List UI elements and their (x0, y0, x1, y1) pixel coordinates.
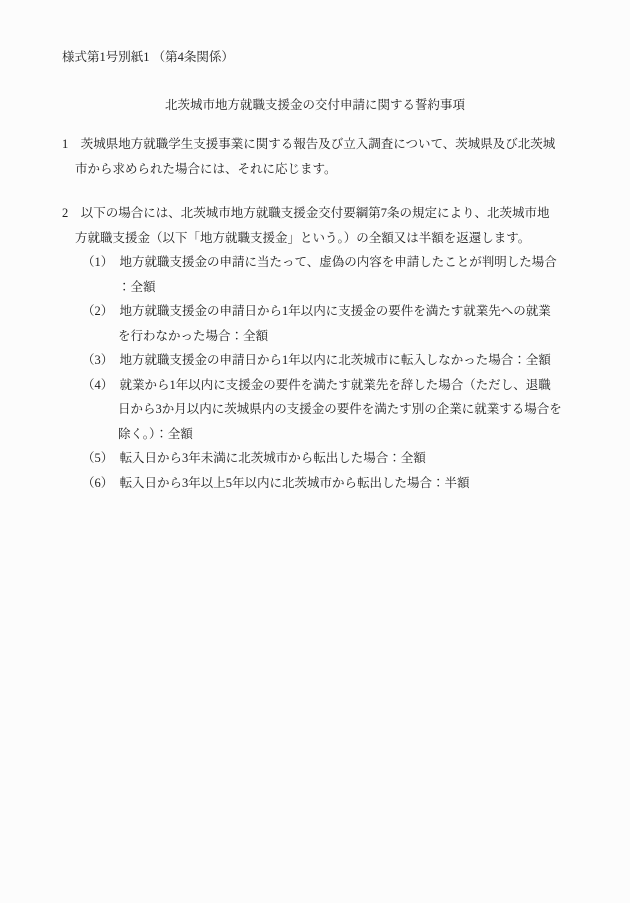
clause-2-subitem-1: （1） 地方就職支援金の申請に当たって、虚偽の内容を申請したことが判明した場合 … (82, 250, 600, 299)
clause-2-subitem-4: （4） 就業から1年以内に支援金の要件を満たす就業先を辞した場合（ただし、退職 … (82, 373, 600, 447)
clause-1: 1 茨城県地方就職学生支援事業に関する報告及び立入調査について、茨城県及び北茨城… (62, 132, 600, 181)
clause-2-subitem-6: （6） 転入日から3年以上5年以内に北茨城市から転出した場合：半額 (82, 471, 600, 496)
document-title: 北茨城市地方就職支援金の交付申請に関する誓約事項 (0, 93, 630, 118)
clause-2-subitem-5: （5） 転入日から3年未満に北茨城市から転出した場合：全額 (82, 446, 600, 471)
document-page: 様式第1号別紙1 （第4条関係） 北茨城市地方就職支援金の交付申請に関する誓約事… (0, 0, 630, 903)
clause-2: 2 以下の場合には、北茨城市地方就職支援金交付要綱第7条の規定により、北茨城市地… (62, 201, 600, 250)
clause-2-subitem-3: （3） 地方就職支援金の申請日から1年以内に北茨城市に転入しなかった場合：全額 (82, 348, 600, 373)
clause-2-subitem-2: （2） 地方就職支援金の申請日から1年以内に支援金の要件を満たす就業先への就業 … (82, 299, 600, 348)
form-number: 様式第1号別紙1 （第4条関係） (62, 45, 600, 70)
